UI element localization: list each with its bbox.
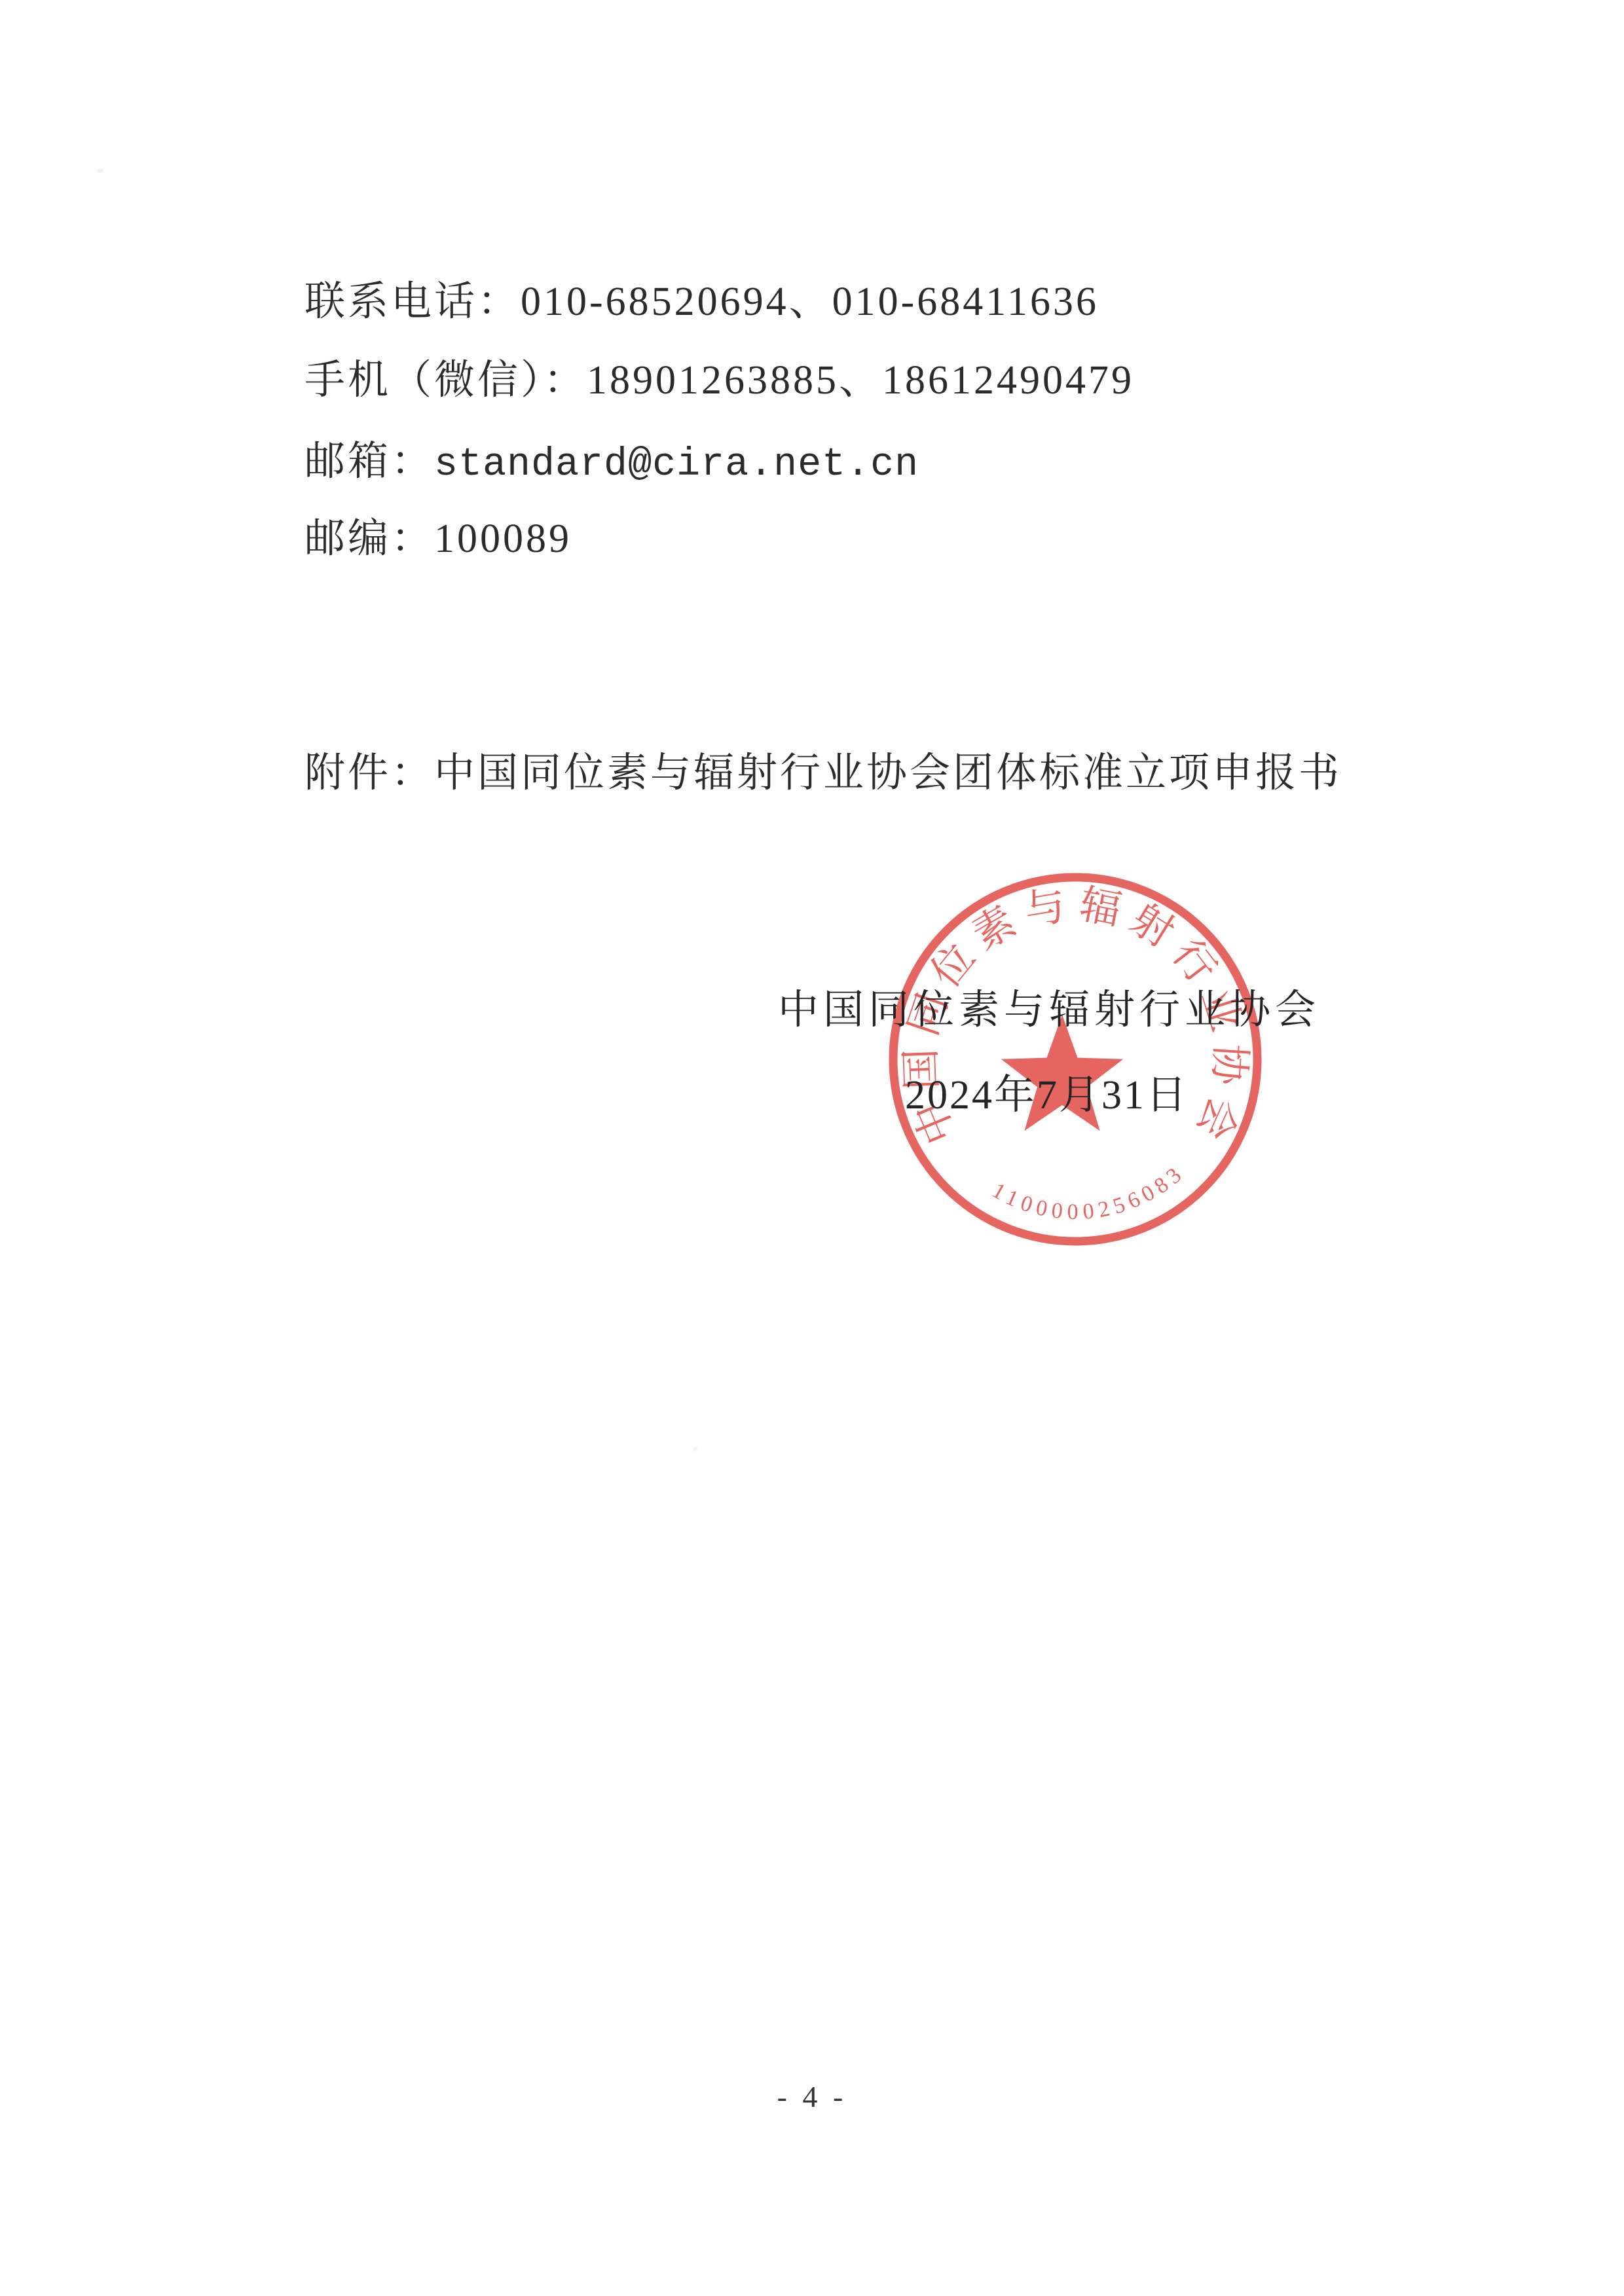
email-value: standard@cira.net.cn [434,443,919,487]
seal-serial-number: 1100000256083 [988,1160,1190,1224]
signature-date: 2024年7月31日 [905,1075,1189,1116]
official-seal-stamp: 中国同位素与辐射行业协会 1100000256083 [879,863,1272,1256]
document-page: 联系电话：010-68520694、010-68411636 手机（微信）：18… [0,0,1624,2296]
email-label: 邮箱： [304,439,434,484]
contact-postcode-line: 邮编：100089 [304,519,572,559]
scan-speck [693,1447,697,1451]
signature-organization: 中国同位素与辐射行业协会 [778,990,1320,1030]
contact-email-line: 邮箱：standard@cira.net.cn [304,441,919,484]
contact-phone-line: 联系电话：010-68520694、010-68411636 [304,282,1099,322]
attachment-line: 附件：中国同位素与辐射行业协会团体标准立项申报书 [304,753,1342,793]
scan-speck [97,169,103,173]
contact-mobile-line: 手机（微信）：18901263885、18612490479 [304,360,1134,401]
page-number: - 4 - [0,2082,1624,2112]
